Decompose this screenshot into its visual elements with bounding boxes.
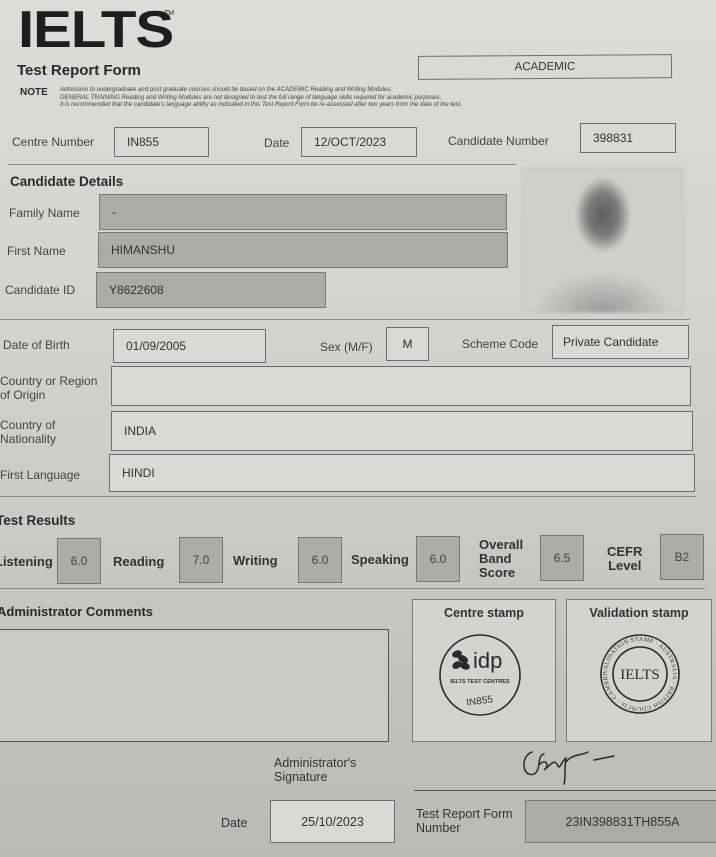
administrator-signature-label: Administrator's Signature bbox=[274, 756, 356, 784]
candidate-number-label: Candidate Number bbox=[448, 134, 549, 148]
form-title: Test Report Form bbox=[17, 62, 141, 79]
divider bbox=[0, 588, 705, 589]
first-name-label: First Name bbox=[7, 244, 66, 258]
signature-line bbox=[414, 790, 716, 791]
reading-label: Reading bbox=[113, 555, 164, 569]
cefr-level-label: CEFR Level bbox=[607, 545, 642, 573]
origin-label: Country or Region of Origin bbox=[0, 374, 97, 402]
origin-label-line: of Origin bbox=[0, 388, 97, 402]
nationality-label-line: Nationality bbox=[0, 432, 56, 446]
overall-label-line: Overall bbox=[479, 538, 523, 552]
cefr-level-value: B2 bbox=[660, 534, 704, 580]
date-label: Date bbox=[264, 136, 289, 150]
first-language-label: First Language bbox=[0, 468, 80, 482]
overall-band-label: Overall Band Score bbox=[479, 538, 523, 580]
note-text: Admission to undergraduate and post grad… bbox=[60, 86, 462, 109]
svg-text:IELTS: IELTS bbox=[620, 667, 659, 683]
svg-text:idp: idp bbox=[473, 648, 502, 673]
divider bbox=[0, 319, 690, 320]
trf-label-line: Test Report Form bbox=[416, 807, 513, 821]
ielts-logo: IELTS bbox=[18, 2, 173, 58]
sex-label: Sex (M/F) bbox=[320, 340, 373, 354]
svg-text:IELTS TEST CENTRES: IELTS TEST CENTRES bbox=[450, 679, 510, 685]
reading-score: 7.0 bbox=[179, 537, 223, 583]
cefr-label-line: Level bbox=[607, 559, 642, 573]
overall-label-line: Band bbox=[479, 552, 523, 566]
issue-date-field: 25/10/2023 bbox=[270, 800, 395, 843]
validation-stamp-title: Validation stamp bbox=[567, 606, 711, 620]
administrator-comments-field bbox=[0, 629, 389, 742]
candidate-id-label: Candidate ID bbox=[5, 283, 75, 297]
administrator-comments-heading: Administrator Comments bbox=[0, 604, 153, 619]
writing-score: 6.0 bbox=[298, 537, 342, 583]
origin-label-line: Country or Region bbox=[0, 374, 97, 388]
sex-field: M bbox=[386, 327, 429, 361]
test-date-field: 12/OCT/2023 bbox=[301, 127, 417, 157]
centre-stamp-box: Centre stamp idp IELTS TEST CENTRES IN85… bbox=[412, 599, 556, 742]
ielts-validation-stamp-icon: VALIDATION STAMP · AUSTRALIA · BRITISH C… bbox=[599, 633, 681, 715]
listening-score: 6.0 bbox=[57, 538, 101, 584]
idp-stamp-icon: idp IELTS TEST CENTRES IN855 bbox=[437, 632, 523, 718]
first-language-field: HINDI bbox=[109, 454, 695, 492]
scheme-code-field: Private Candidate bbox=[552, 325, 689, 359]
note-line: It is recommended that the candidate's l… bbox=[60, 101, 462, 109]
centre-number-field: IN855 bbox=[114, 127, 209, 157]
issue-date-label: Date bbox=[221, 816, 247, 830]
note-line: GENERAL TRAINING Reading and Writing Mod… bbox=[60, 94, 462, 102]
svg-text:IN855: IN855 bbox=[466, 694, 494, 709]
test-report-form: IELTS TM Test Report Form ACADEMIC NOTE … bbox=[0, 0, 716, 857]
centre-number-label: Centre Number bbox=[12, 135, 94, 149]
trf-number-field: 23IN398831TH855A bbox=[525, 800, 716, 843]
speaking-score: 6.0 bbox=[416, 536, 460, 582]
dob-label: Date of Birth bbox=[3, 338, 70, 352]
trf-label-line: Number bbox=[416, 821, 513, 835]
speaking-label: Speaking bbox=[351, 553, 409, 567]
divider bbox=[0, 496, 696, 497]
validation-stamp-box: Validation stamp VALIDATION STAMP · AUST… bbox=[566, 599, 712, 742]
cefr-label-line: CEFR bbox=[607, 545, 642, 559]
test-results-heading: Test Results bbox=[0, 513, 75, 528]
module-field: ACADEMIC bbox=[418, 54, 672, 80]
origin-field bbox=[111, 366, 691, 406]
candidate-number-field: 398831 bbox=[580, 123, 676, 153]
listening-label: Listening bbox=[0, 555, 53, 569]
administrator-signature-icon bbox=[518, 744, 618, 786]
candidate-id-field: Y8622608 bbox=[96, 272, 326, 308]
nationality-field: INDIA bbox=[111, 411, 693, 451]
overall-label-line: Score bbox=[479, 566, 523, 580]
note-label: NOTE bbox=[20, 87, 48, 98]
trf-number-label: Test Report Form Number bbox=[416, 807, 513, 835]
dob-field: 01/09/2005 bbox=[113, 329, 266, 363]
candidate-details-heading: Candidate Details bbox=[10, 174, 123, 189]
trademark-mark: TM bbox=[164, 10, 174, 17]
nationality-label: Country of Nationality bbox=[0, 418, 56, 446]
scheme-code-label: Scheme Code bbox=[462, 337, 538, 351]
overall-band-score: 6.5 bbox=[540, 535, 584, 581]
centre-stamp-title: Centre stamp bbox=[413, 606, 555, 620]
signature-label-line: Signature bbox=[274, 770, 356, 784]
divider bbox=[8, 164, 516, 165]
family-name-field: - bbox=[99, 194, 507, 230]
nationality-label-line: Country of bbox=[0, 418, 56, 432]
family-name-label: Family Name bbox=[9, 206, 80, 220]
first-name-field: HIMANSHU bbox=[98, 232, 508, 268]
signature-label-line: Administrator's bbox=[274, 756, 356, 770]
note-line: Admission to undergraduate and post grad… bbox=[60, 86, 462, 94]
writing-label: Writing bbox=[233, 554, 278, 568]
candidate-photo bbox=[522, 168, 684, 313]
